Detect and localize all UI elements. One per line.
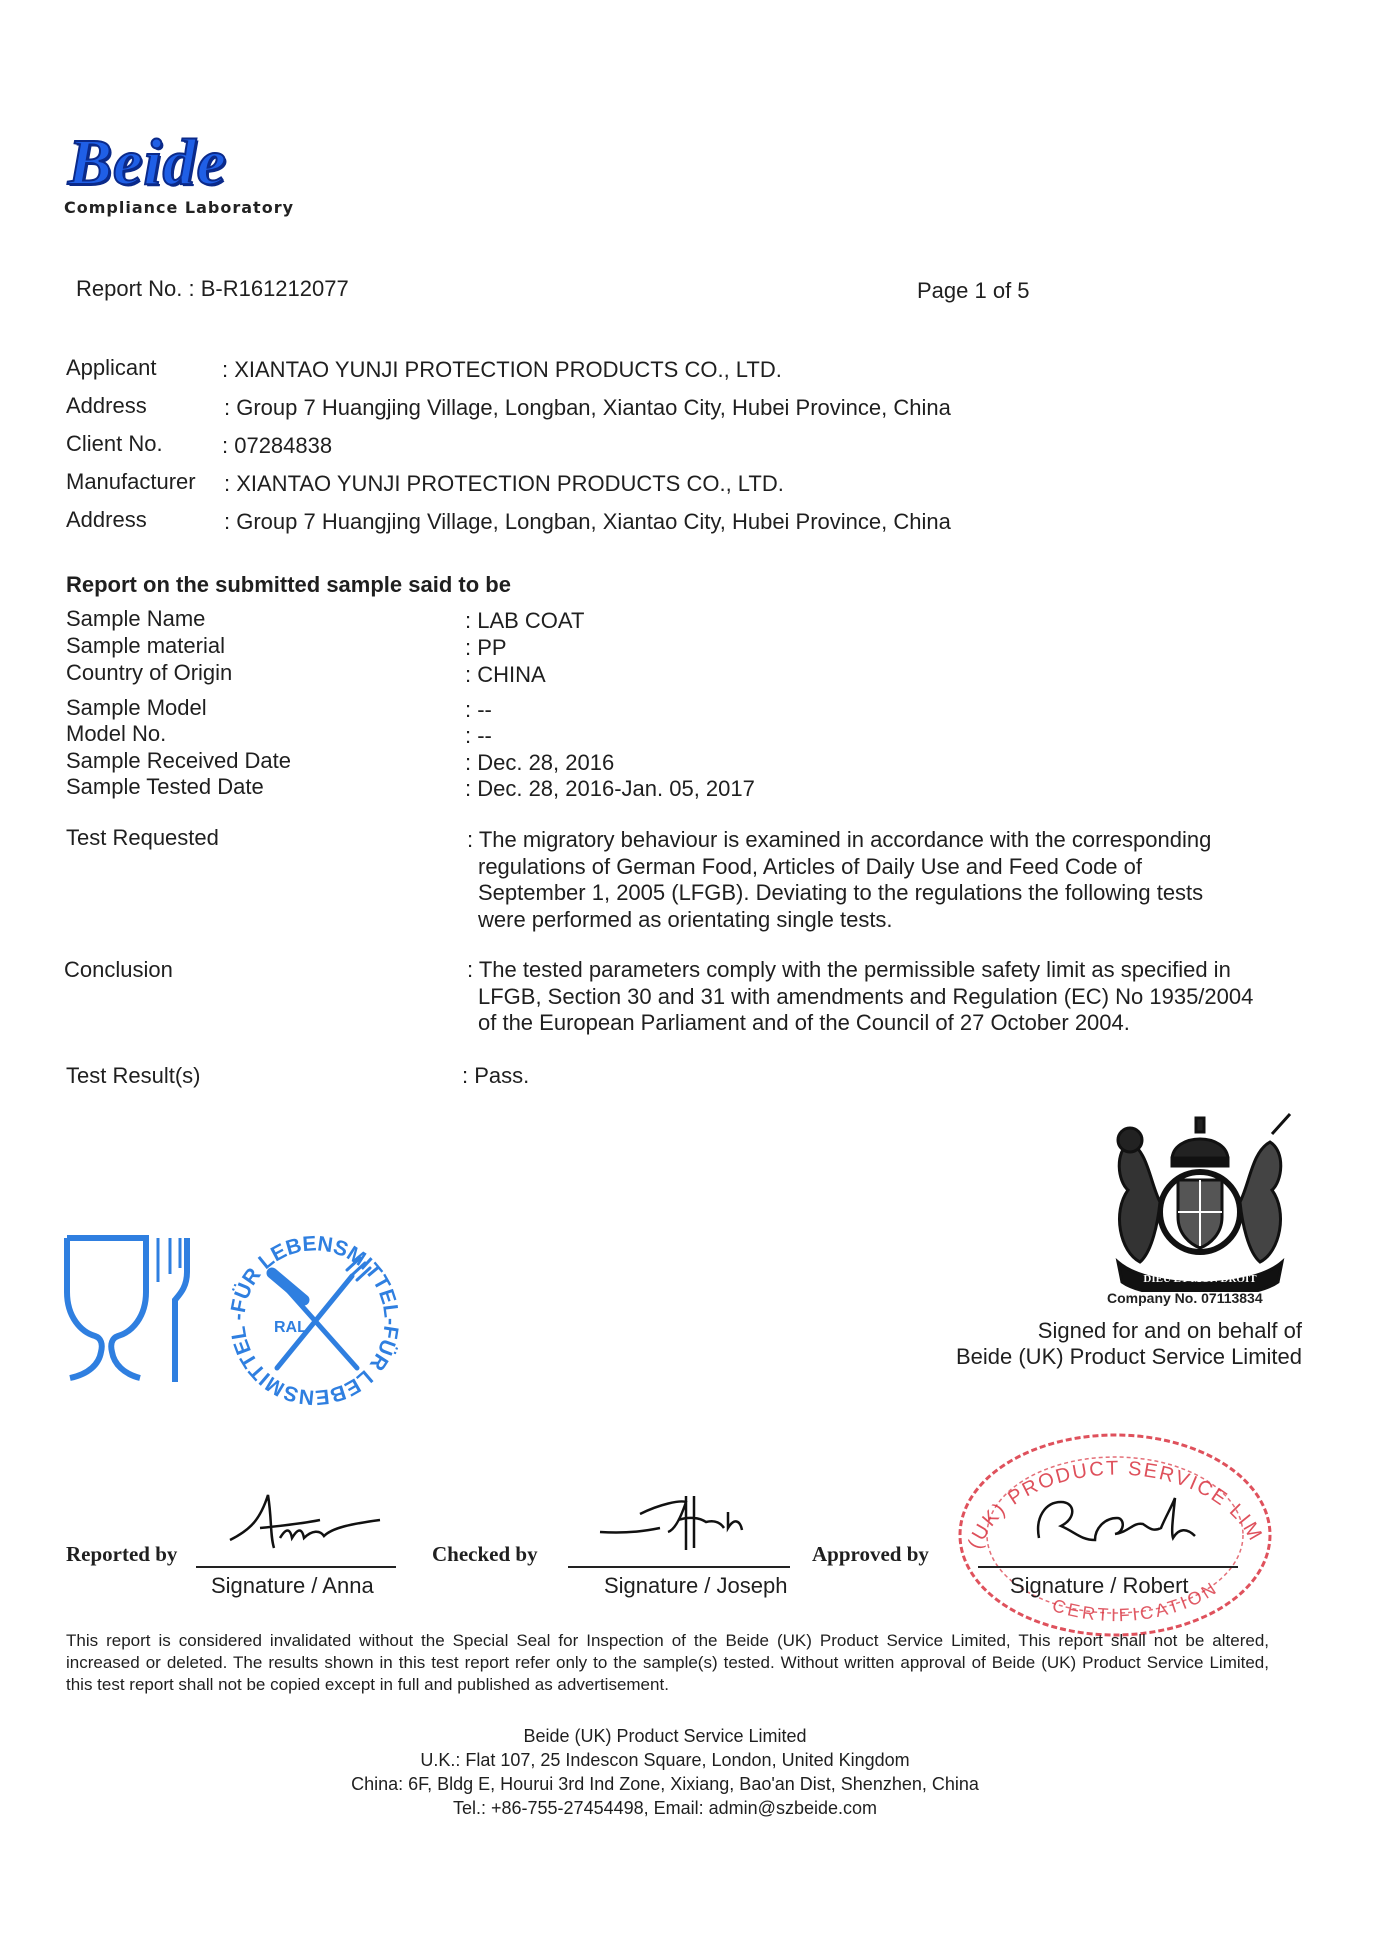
disclaimer-text: This report is considered invalidated wi… [66, 1630, 1269, 1696]
logo-brand: Beide [68, 128, 294, 198]
glass-fork-icon [62, 1232, 207, 1387]
tested-date-value: : Dec. 28, 2016-Jan. 05, 2017 [465, 776, 755, 802]
sample-name-value: : LAB COAT [465, 608, 584, 634]
conclusion-line: LFGB, Section 30 and 31 with amendments … [467, 984, 1253, 1011]
manufacturer-address-value: : Group 7 Huangjing Village, Longban, Xi… [224, 509, 951, 535]
signed-on-behalf-line2: Beide (UK) Product Service Limited [956, 1344, 1302, 1370]
sample-model-label: Sample Model [66, 695, 207, 721]
received-date-value: : Dec. 28, 2016 [465, 750, 614, 776]
sample-material-label: Sample material [66, 633, 225, 659]
footer: Beide (UK) Product Service Limited U.K.:… [0, 1724, 1330, 1820]
approved-by-label: Approved by [812, 1542, 929, 1567]
test-requested-line: were performed as orientating single tes… [467, 907, 1211, 934]
logo-subtitle: Compliance Laboratory [64, 198, 294, 217]
address-value: : Group 7 Huangjing Village, Longban, Xi… [224, 395, 951, 421]
client-no-label: Client No. [66, 431, 163, 457]
client-no-value: : 07284838 [222, 433, 332, 459]
model-no-label: Model No. [66, 721, 166, 747]
crest-motto: DIEU ET MON DROIT [1143, 1273, 1257, 1285]
footer-uk-address: U.K.: Flat 107, 25 Indescon Square, Lond… [0, 1748, 1330, 1772]
applicant-value: : XIANTAO YUNJI PROTECTION PRODUCTS CO.,… [222, 357, 782, 383]
sample-name-label: Sample Name [66, 606, 205, 632]
manufacturer-value: : XIANTAO YUNJI PROTECTION PRODUCTS CO.,… [224, 471, 784, 497]
signature-joseph [590, 1490, 760, 1570]
tested-date-label: Sample Tested Date [66, 774, 264, 800]
reported-by-line [196, 1566, 396, 1568]
test-requested-label: Test Requested [66, 825, 219, 851]
test-requested-line: regulations of German Food, Articles of … [467, 854, 1211, 881]
sample-model-value: : -- [465, 697, 492, 723]
signature-robert [1025, 1488, 1215, 1568]
reported-by-label: Reported by [66, 1542, 177, 1567]
ral-food-safe-icon: -FÜR LEBENSMITTEL-FÜR LEBENSMITTEL RAL [222, 1228, 407, 1413]
model-no-value: : -- [465, 723, 492, 749]
test-requested-line: September 1, 2005 (LFGB). Deviating to t… [467, 880, 1211, 907]
test-result-value: : Pass. [462, 1063, 529, 1089]
received-date-label: Sample Received Date [66, 748, 291, 774]
coat-of-arms-icon: DIEU ET MON DROIT [1100, 1112, 1300, 1292]
test-requested-text: : The migratory behaviour is examined in… [467, 827, 1211, 933]
reported-by-caption: Signature / Anna [211, 1573, 374, 1599]
applicant-label: Applicant [66, 355, 157, 381]
page-number: Page 1 of 5 [917, 278, 1030, 304]
country-origin-value: : CHINA [465, 662, 546, 688]
signature-anna [220, 1490, 390, 1560]
sample-heading: Report on the submitted sample said to b… [66, 572, 511, 598]
address-label: Address [66, 393, 147, 419]
beide-logo: Beide Compliance Laboratory [68, 128, 294, 217]
footer-contact: Tel.: +86-755-27454498, Email: admin@szb… [0, 1796, 1330, 1820]
manufacturer-address-label: Address [66, 507, 147, 533]
checked-by-caption: Signature / Joseph [604, 1573, 787, 1599]
conclusion-line: of the European Parliament and of the Co… [467, 1010, 1253, 1037]
ral-center-text: RAL [274, 1319, 307, 1336]
country-origin-label: Country of Origin [66, 660, 232, 686]
conclusion-text: : The tested parameters comply with the … [467, 957, 1253, 1037]
manufacturer-label: Manufacturer [66, 469, 196, 495]
test-result-label: Test Result(s) [66, 1063, 200, 1089]
conclusion-line: : The tested parameters comply with the … [467, 957, 1253, 984]
footer-company: Beide (UK) Product Service Limited [0, 1724, 1330, 1748]
sample-material-value: : PP [465, 635, 507, 661]
conclusion-label: Conclusion [64, 957, 173, 983]
signed-on-behalf-line1: Signed for and on behalf of [1038, 1318, 1302, 1344]
report-number: Report No. : B-R161212077 [76, 276, 349, 302]
footer-china-address: China: 6F, Bldg E, Hourui 3rd Ind Zone, … [0, 1772, 1330, 1796]
checked-by-label: Checked by [432, 1542, 538, 1567]
approved-by-caption: Signature / Robert [1010, 1573, 1189, 1599]
company-number: Company No. 07113834 [1107, 1290, 1263, 1306]
test-requested-line: : The migratory behaviour is examined in… [467, 827, 1211, 854]
